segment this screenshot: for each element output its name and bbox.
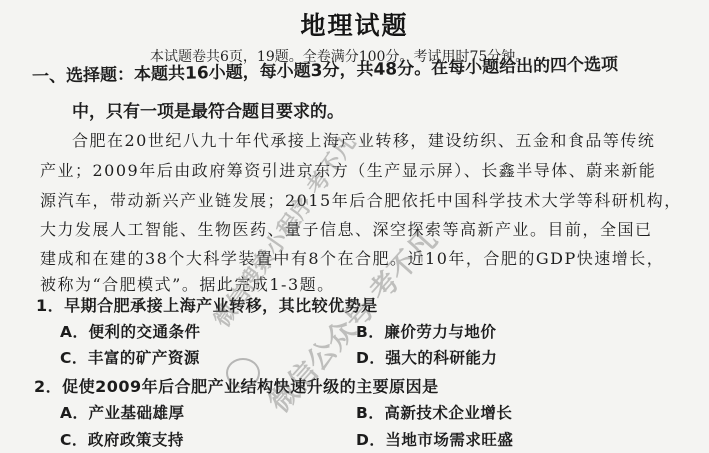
question-2-option-a: A．产业基础雄厚 xyxy=(60,401,185,423)
passage-line: 大力发展人工智能、生物医药、量子信息、深空探索等高新产业。目前，全国已 xyxy=(40,217,653,240)
question-1-option-d: D．强大的科研能力 xyxy=(356,346,497,368)
section-heading-cont: 中，只有一项是最符合题目要求的。 xyxy=(72,97,344,122)
passage-line: 建成和在建的38个大科学装置中有8个在合肥。近10年，合肥的GDP快速增长， xyxy=(40,246,664,269)
question-2-option-c: C．政府政策支持 xyxy=(60,428,184,450)
passage-line: 源汽车，带动新兴产业链发展；2015年后合肥依托中国科学技术大学等科研机构， xyxy=(40,188,682,211)
question-2-option-d: D．当地市场需求旺盛 xyxy=(356,428,513,450)
question-1-option-c: C．丰富的矿产资源 xyxy=(60,346,200,368)
passage-line: 被称为“合肥模式”。据此完成1-3题。 xyxy=(40,272,335,295)
passage-line: 合肥在20世纪八九十年代承接上海产业转移，建设纺织、五金和食品等传统 xyxy=(72,128,655,151)
wechat-logo-icon xyxy=(226,358,260,388)
question-1-stem: 1．早期合肥承接上海产业转移，其比较优势是 xyxy=(36,293,378,316)
section-heading: 一、选择题：本题共16小题，每小题3分，共48分。在每小题给出的四个选项 xyxy=(32,50,619,87)
exam-page: 地理试题 本试题卷共6页，19题。全卷满分100分。考试用时75分钟。 一、选择… xyxy=(0,0,709,453)
page-title: 地理试题 xyxy=(0,6,709,42)
question-2-option-b: B．高新技术企业增长 xyxy=(356,401,512,423)
passage-line: 产业；2009年后由政府筹资引进京东方（生产显示屏）、长鑫半导体、蔚来新能 xyxy=(40,158,656,181)
question-1-option-b: B．廉价劳力与地价 xyxy=(356,320,496,342)
question-1-option-a: A．便利的交通条件 xyxy=(60,320,201,342)
